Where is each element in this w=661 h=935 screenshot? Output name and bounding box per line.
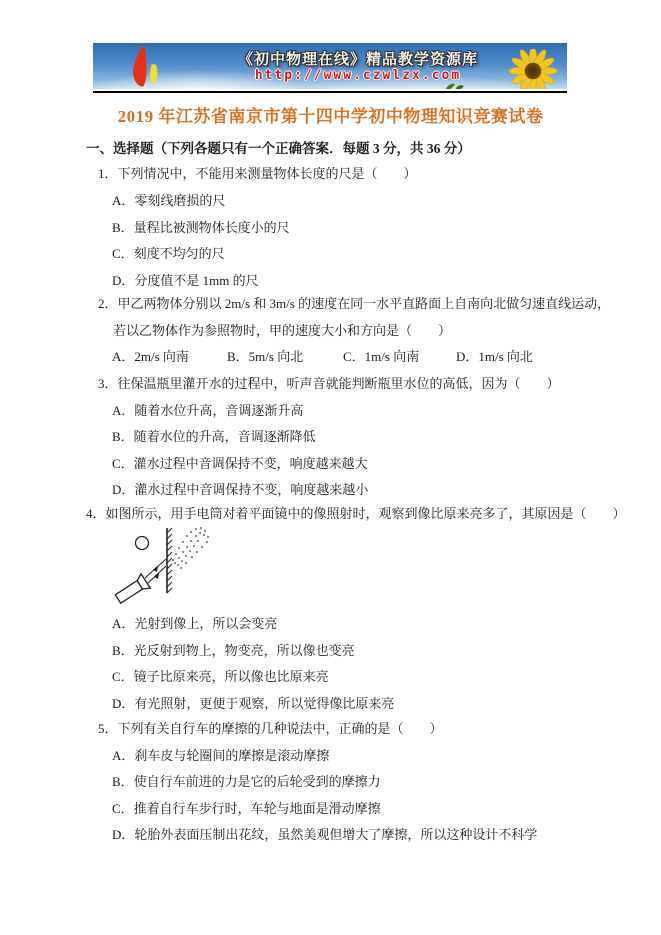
sunflower-icon [505,49,561,89]
plane-mirror [167,528,172,593]
question-1-option-c: C．刻度不均匀的尺 [112,243,225,262]
question-5-option-c: C．推着自行车步行时，车轮与地面是滑动摩擦 [112,798,381,817]
question-1-option-b: B．量程比被测物体长度小的尺 [112,217,290,236]
site-logo-icon [127,45,165,89]
question-4-figure [112,523,262,615]
question-4-option-a: A．光射到像上，所以会变亮 [112,613,277,632]
question-3-option-a: A．随着水位升高，音调逐渐升高 [112,400,303,419]
question-5-option-d: D．轮胎外表面压制出花纹，虽然美观但增大了摩擦，所以这种设计不科学 [112,824,537,843]
question-1-stem: 1．下列情况中，不能用来测量物体长度的尺是（ ） [98,163,417,182]
page-title: 2019 年江苏省南京市第十四中学初中物理知识竞赛试卷 [0,102,661,127]
object-circle [136,537,149,550]
banner-caption: 《初中物理在线》精品教学资源库 [193,48,523,69]
question-2-option-a: A．2m/s 向南 [112,346,189,365]
question-2-stem-cont: 若以乙物体作为参照物时，甲的速度大小和方向是（ ） [113,320,451,339]
question-3-stem: 3．往保温瓶里灌开水的过程中，听声音就能判断瓶里水位的高低，因为（ ） [98,373,560,392]
plant-icon [441,77,467,89]
question-3-option-d: D．灌水过程中音调保持不变，响度越来越小 [112,479,368,498]
question-1-option-a: A．零刻线磨损的尺 [112,190,225,209]
question-2-option-c: C．1m/s 向南 [343,346,419,365]
question-2-option-d: D．1m/s 向北 [456,346,533,365]
question-5-option-a: A．刹车皮与轮圈间的摩擦是滚动摩擦 [112,745,329,764]
exam-paper-page: 《初中物理在线》精品教学资源库 http://www.czwlzx.com [0,0,661,935]
light-rays [145,559,166,584]
question-4-stem: 4．如图所示，用手电筒对着平面镜中的像照射时，观察到像比原来亮多了，其原因是（ … [86,503,626,522]
question-1-option-d: D．分度值不是 1mm 的尺 [112,270,259,289]
flashlight-icon [113,574,150,606]
section-heading: 一、选择题（下列各题只有一个正确答案．每题 3 分，共 36 分） [86,137,471,157]
question-2-option-b: B．5m/s 向北 [227,346,303,365]
site-banner: 《初中物理在线》精品教学资源库 http://www.czwlzx.com [93,43,567,89]
question-2-stem: 2．甲乙两物体分别以 2m/s 和 3m/s 的速度在同一水平直路面上自南向北做… [98,293,610,312]
question-4-option-d: D．有光照射，更便于观察，所以觉得像比原来亮 [112,693,394,712]
question-4-option-c: C．镜子比原来亮，所以像也比原来亮 [112,666,329,685]
question-3-option-c: C．灌水过程中音调保持不变，响度越来越大 [112,453,368,472]
question-3-option-b: B．随着水位的升高，音调逐渐降低 [112,426,316,445]
question-5-option-b: B．使自行车前进的力是它的后轮受到的摩擦力 [112,771,381,790]
image-dots [172,527,209,569]
banner-divider [93,91,567,93]
question-5-stem: 5．下列有关自行车的摩擦的几种说法中，正确的是（ ） [98,718,443,737]
question-4-option-b: B．光反射到物上，物变亮，所以像也变亮 [112,640,355,659]
